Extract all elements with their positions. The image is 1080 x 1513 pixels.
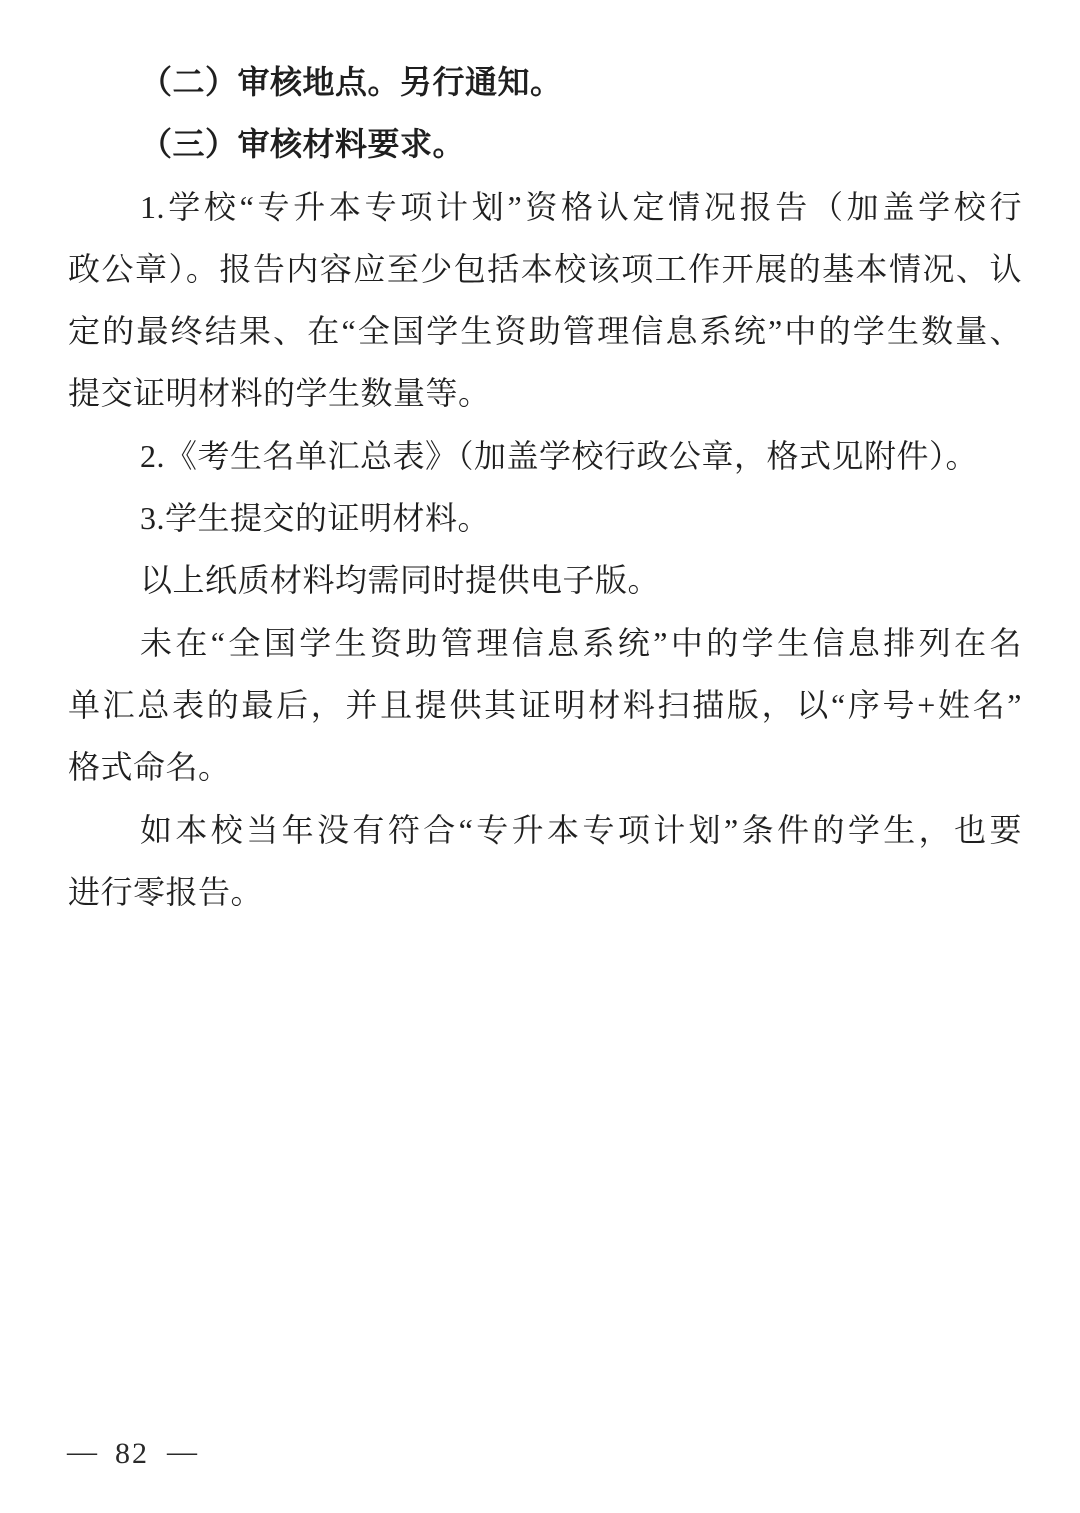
text-line: 以上纸质材料均需同时提供电子版。	[68, 549, 1022, 611]
document-page: （二）审核地点。另行通知。（三）审核材料要求。1.学校“专升本专项计划”资格认定…	[0, 0, 1080, 1513]
text-line: 如本校当年没有符合“专升本专项计划”条件的学生，也要	[68, 799, 1022, 861]
document-body: （二）审核地点。另行通知。（三）审核材料要求。1.学校“专升本专项计划”资格认定…	[68, 51, 1022, 923]
text-line: 单汇总表的最后，并且提供其证明材料扫描版，以“序号+姓名”	[68, 674, 1022, 736]
text-line: 定的最终结果、在“全国学生资助管理信息系统”中的学生数量、	[68, 300, 1022, 362]
text-line: （二）审核地点。另行通知。	[68, 51, 1022, 113]
page-footer: —82—	[67, 1437, 197, 1471]
footer-dash-right: —	[167, 1435, 197, 1468]
footer-dash-left: —	[67, 1435, 97, 1468]
text-line: 进行零报告。	[68, 861, 1022, 923]
text-line: 3.学生提交的证明材料。	[68, 487, 1022, 549]
text-line: （三）审核材料要求。	[68, 113, 1022, 175]
text-line: 1.学校“专升本专项计划”资格认定情况报告（加盖学校行	[68, 176, 1022, 238]
text-line: 2.《考生名单汇总表》（加盖学校行政公章，格式见附件）。	[68, 425, 1022, 487]
text-line: 格式命名。	[68, 736, 1022, 798]
text-line: 提交证明材料的学生数量等。	[68, 362, 1022, 424]
text-line: 政公章）。报告内容应至少包括本校该项工作开展的基本情况、认	[68, 238, 1022, 300]
text-line: 未在“全国学生资助管理信息系统”中的学生信息排列在名	[68, 612, 1022, 674]
page-number: 82	[115, 1437, 149, 1470]
